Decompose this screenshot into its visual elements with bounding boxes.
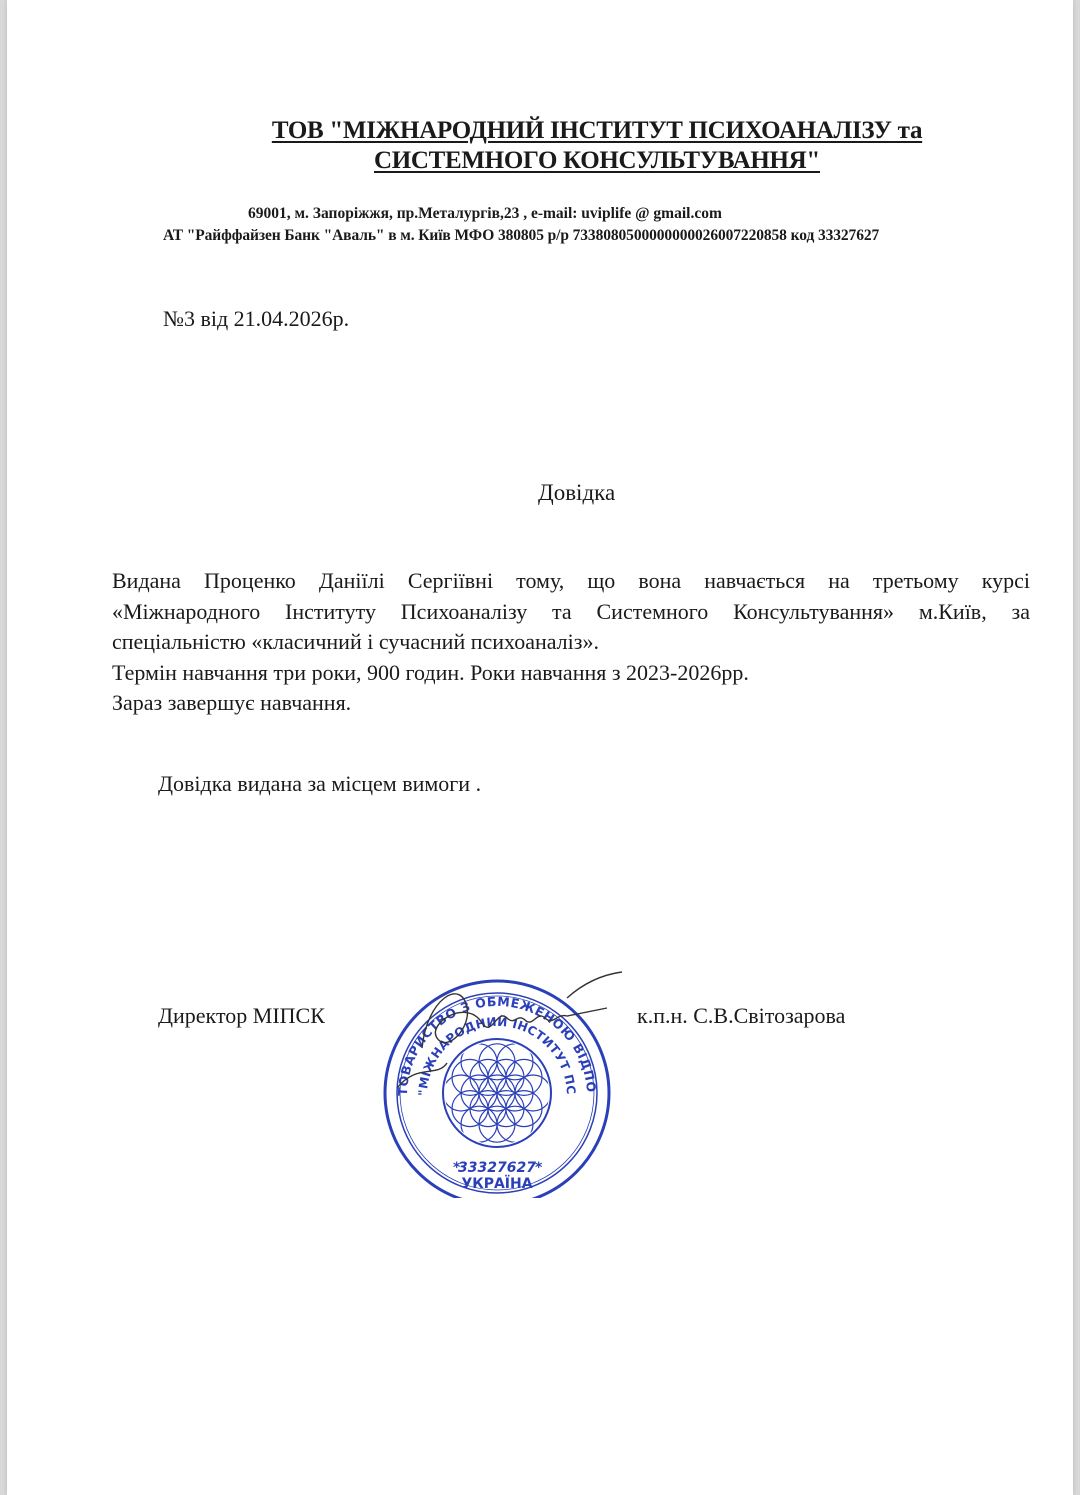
org-name-line2: СИСТЕМНОГО КОНСУЛЬТУВАННЯ" bbox=[7, 146, 1080, 176]
body-line-5: Зараз завершує навчання. bbox=[112, 688, 1030, 719]
document-title: Довідка bbox=[538, 480, 615, 506]
document-body: Видана Проценко Даніїлі Сергіївні тому, … bbox=[112, 566, 1030, 719]
org-name-line1: ТОВ "МІЖНАРОДНИЙ ІНСТИТУТ ПСИХОАНАЛІЗУ т… bbox=[7, 116, 1080, 146]
body-line-3: спеціальністю «класичний і сучасний псих… bbox=[112, 627, 1030, 658]
address-line: 69001, м. Запоріжжя, пр.Металургів,23 , … bbox=[248, 205, 722, 223]
organization-title: ТОВ "МІЖНАРОДНИЙ ІНСТИТУТ ПСИХОАНАЛІЗУ т… bbox=[7, 116, 1080, 176]
body-line-1: Видана Проценко Даніїлі Сергіївні тому, … bbox=[112, 566, 1030, 597]
body-line-4: Термін навчання три роки, 900 годин. Рок… bbox=[112, 658, 1030, 689]
issued-for-statement: Довідка видана за місцем вимоги . bbox=[158, 771, 481, 797]
svg-text:33327627: 33327627 bbox=[458, 1160, 536, 1176]
signatory-role: Директор МІПСК bbox=[158, 1003, 325, 1029]
body-line-2: «Міжнародного Інституту Психоаналізу та … bbox=[112, 597, 1030, 628]
stamp-seal-icon: ТОВАРИСТВО З ОБМЕЖЕНОЮ ВІДПОВІДАЛЬНІСТЮ … bbox=[367, 968, 627, 1198]
svg-text:*: * bbox=[535, 1160, 543, 1176]
svg-text:*: * bbox=[453, 1160, 461, 1176]
official-stamp: ТОВАРИСТВО З ОБМЕЖЕНОЮ ВІДПОВІДАЛЬНІСТЮ … bbox=[367, 968, 627, 1198]
document-page: ТОВ "МІЖНАРОДНИЙ ІНСТИТУТ ПСИХОАНАЛІЗУ т… bbox=[7, 0, 1073, 1495]
svg-text:УКРАЇНА: УКРАЇНА bbox=[461, 1175, 532, 1192]
bank-details-line: АТ "Райффайзен Банк "Аваль" в м. Київ МФ… bbox=[163, 227, 879, 245]
document-number-date: №3 від 21.04.2026р. bbox=[163, 306, 349, 332]
signatory-name: к.п.н. С.В.Світозарова bbox=[637, 1003, 845, 1029]
